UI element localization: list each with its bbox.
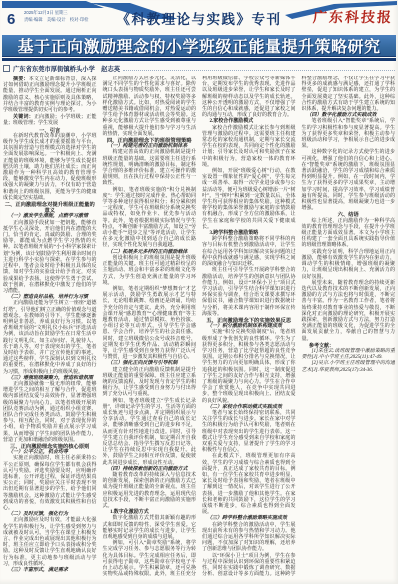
article-block-p: 建立健全的正向激励反馈机制是提升班级正能量的重要保障。班主任应建立系统的反馈流程… (103, 368, 197, 399)
article-block-h2: （二）拓展多元多样的正向激励载体 (103, 250, 197, 256)
article-block-p: 这种数字化的记录方式使学生的进步可视化，增强了他们的自信心和上进心。在“智能奖章… (302, 150, 396, 212)
article-block-p: 展望未来，随着教育理念的持续更新迭代以及教育技术的不断创新发展，正向激励的方式与… (302, 281, 396, 343)
article-block-p: 数字化激励方式凭借其新颖有趣的形式和即时反馈的特性，深受学生喜爱。它能够实时记录… (103, 516, 197, 541)
article-block-p: 正向激励应及时有效，才能最大化强化学生的积极行为，让学生感受到努力与成就被及时认… (3, 518, 97, 568)
article-block-p: 实践充分证明，科学合理地运用正向激励，能够有效激发学生的内在驱动力，调动学生的积… (302, 250, 396, 281)
article-block-p: 正向激励就像一股无形的纽带，能够增进学生之间的相互了解与合作，促进班级内部团结友… (3, 382, 97, 444)
dotted-leader-line (123, 66, 395, 72)
page-header: 6 2025年12月3日 星期三 责编·编辑 美编·设计 校对·印检 《科教理论… (0, 0, 398, 34)
article-body: 摘要：本文立足新课标背景，深入探讨如何借助正向激励理念提升小学班级正能量，推动学… (3, 76, 395, 583)
article-block-ref: [2]吴京.小学班主任班级管理中的沟通艺术[J].华夏教师,2025(17):3… (302, 361, 396, 373)
article-block-p: 在新时代教育改革的浪潮中，小学班级作为学生成长成才的重要摇篮与平台，其氛围的营造… (3, 134, 97, 202)
byline-text: 广东省东莞市厚街镇桥头小学 赵志英 (13, 64, 120, 73)
article-block-p: 正向激励还能为学生树立一座座“道德灯塔”，引导他们树立正确的价值观念与道德观念。… (3, 301, 97, 375)
article-block-p: 例如，笔者班级实施的“积分兑换制度”：学生通过按时完成作业、热心帮助同学等多种途… (103, 188, 197, 250)
article-block-p: 随着教育改革的持续深入与信息技术的创新发展，探索创新的正向激励方式已成为提升班级… (103, 473, 197, 510)
article-block-p: 创设积极向上的班级氛围是提升班级正能量的关键。班主任可通过精彩纷呈的主题活动、班… (103, 256, 197, 287)
article-block-p: 正向激励方式应多元化、灵活化，以满足不同学生的个性化需求与喜好。除传统口头表扬与… (103, 76, 197, 138)
article-block-p: 综上所述，正向激励作为一种科学高效的教育管理理念与手段，在提升小学班级正能量方面… (302, 219, 396, 250)
article-block-p: 例如，笔者班级建立“学生成长记录册”，详细记录学生的学习、生活等方面的成长轨迹与… (103, 399, 197, 467)
article-title-banner: 基于正向激励理念的小学班级正能量提升策略研究 (2, 35, 396, 57)
article-block-p: 笔者班级引入“智能奖章”系统后，学生的学习积极性和参与度显著提高。学生为了获得更… (302, 119, 396, 150)
masthead-logo: 广东科技报 (312, 7, 393, 27)
article-title: 基于正向激励理念的小学班级正能量提升策略研究 (17, 34, 380, 57)
article-block-p: 构建完善高效的正向激励机制是提升班级正能量的基础。这需要班主任进行系统性规划，明… (103, 150, 197, 187)
article-block-h1: 二、正向激励理念对提升班级正能量的意义 (3, 202, 97, 214)
article-block-h2: （一）激发学生潜能，点燃学习激情 (3, 214, 97, 220)
article-block-p: 笔者与家长始终保持密切联系，共同关注学生的成长与进步。家长在家中对学生的积极行为… (202, 411, 296, 454)
article-block-p: 例如，开展“班级爱心树”行动，在教室设置一棵象征性的“爱心树”，学生每完成一项善… (202, 169, 296, 231)
article-block-h2: （三）跨学科整合激励策略实施成效 (202, 516, 296, 522)
newspaper-page: 6 2025年12月3日 星期三 责编·编辑 美编·设计 校对·印检 《科教理论… (0, 0, 398, 584)
article-block-p: 实施正向激励时，班主任必须秉持公平公正原则，确保每位学生都有机会获得认可与奖励。… (3, 456, 97, 512)
article-block-p: 例如，笔者定期组织“梦想舞台”才艺展示活动，鼓励学生勇敢展示才艺与特长，无论唱歌… (103, 287, 197, 361)
article-block-p: 在跨学科整合的激励活动中，学生展现出前所未有的参与热情和学习动力。他们通过综合运… (202, 523, 296, 554)
banner-underline-bar (2, 58, 396, 61)
byline-ornament-box-icon (3, 65, 10, 72)
article-block-p: 实施“积分兑换奖励制度”后，笔者班级形成了争优创先的良性循环。学生为了获得更多积… (202, 330, 296, 404)
article-block-p: 跨学科整合激励策略将不同学科的内容与目标有机整合到激励活动中，让学生在综合运用各… (202, 237, 296, 268)
byline: 广东省东莞市厚街镇桥头小学 赵志英 (3, 64, 395, 73)
article-block-h2: （三）丰富形式，满足需求 (3, 568, 97, 574)
article-block-p: 正向激励手段犹如一把钥匙，能够直抵学生心灵深处，开启他们内在潜能的大门。恰当的肯… (3, 221, 97, 295)
article-block-abstract: 摘要：本文立足新课标背景，深入探讨如何借助正向激励理念提升小学班级正能量，推动学… (3, 76, 97, 114)
article-block-keywords: 关键词：正向激励；小学班级；正能量；班级管理；学生发展 (3, 114, 97, 127)
article-block-ref: [1]朱佳云.谈班级管理中激励策略的重要性[J].中小学班主任,2025(11)… (302, 349, 396, 361)
article-block-p: 在此模式下，班级管理更加有序高效，学生的学习成绩与综合素质也得到全面提升，真正达… (202, 454, 296, 516)
article-block-p: 班主任可引导学生开展跨学科整合的激励活动，培养学生的创新意识与团队协作能力。例如… (202, 268, 296, 318)
article-block-p: 家校合作激励模式让家长参与到班级管理与激励的过程中。这需要班主任构建常态化的家校… (202, 126, 296, 169)
